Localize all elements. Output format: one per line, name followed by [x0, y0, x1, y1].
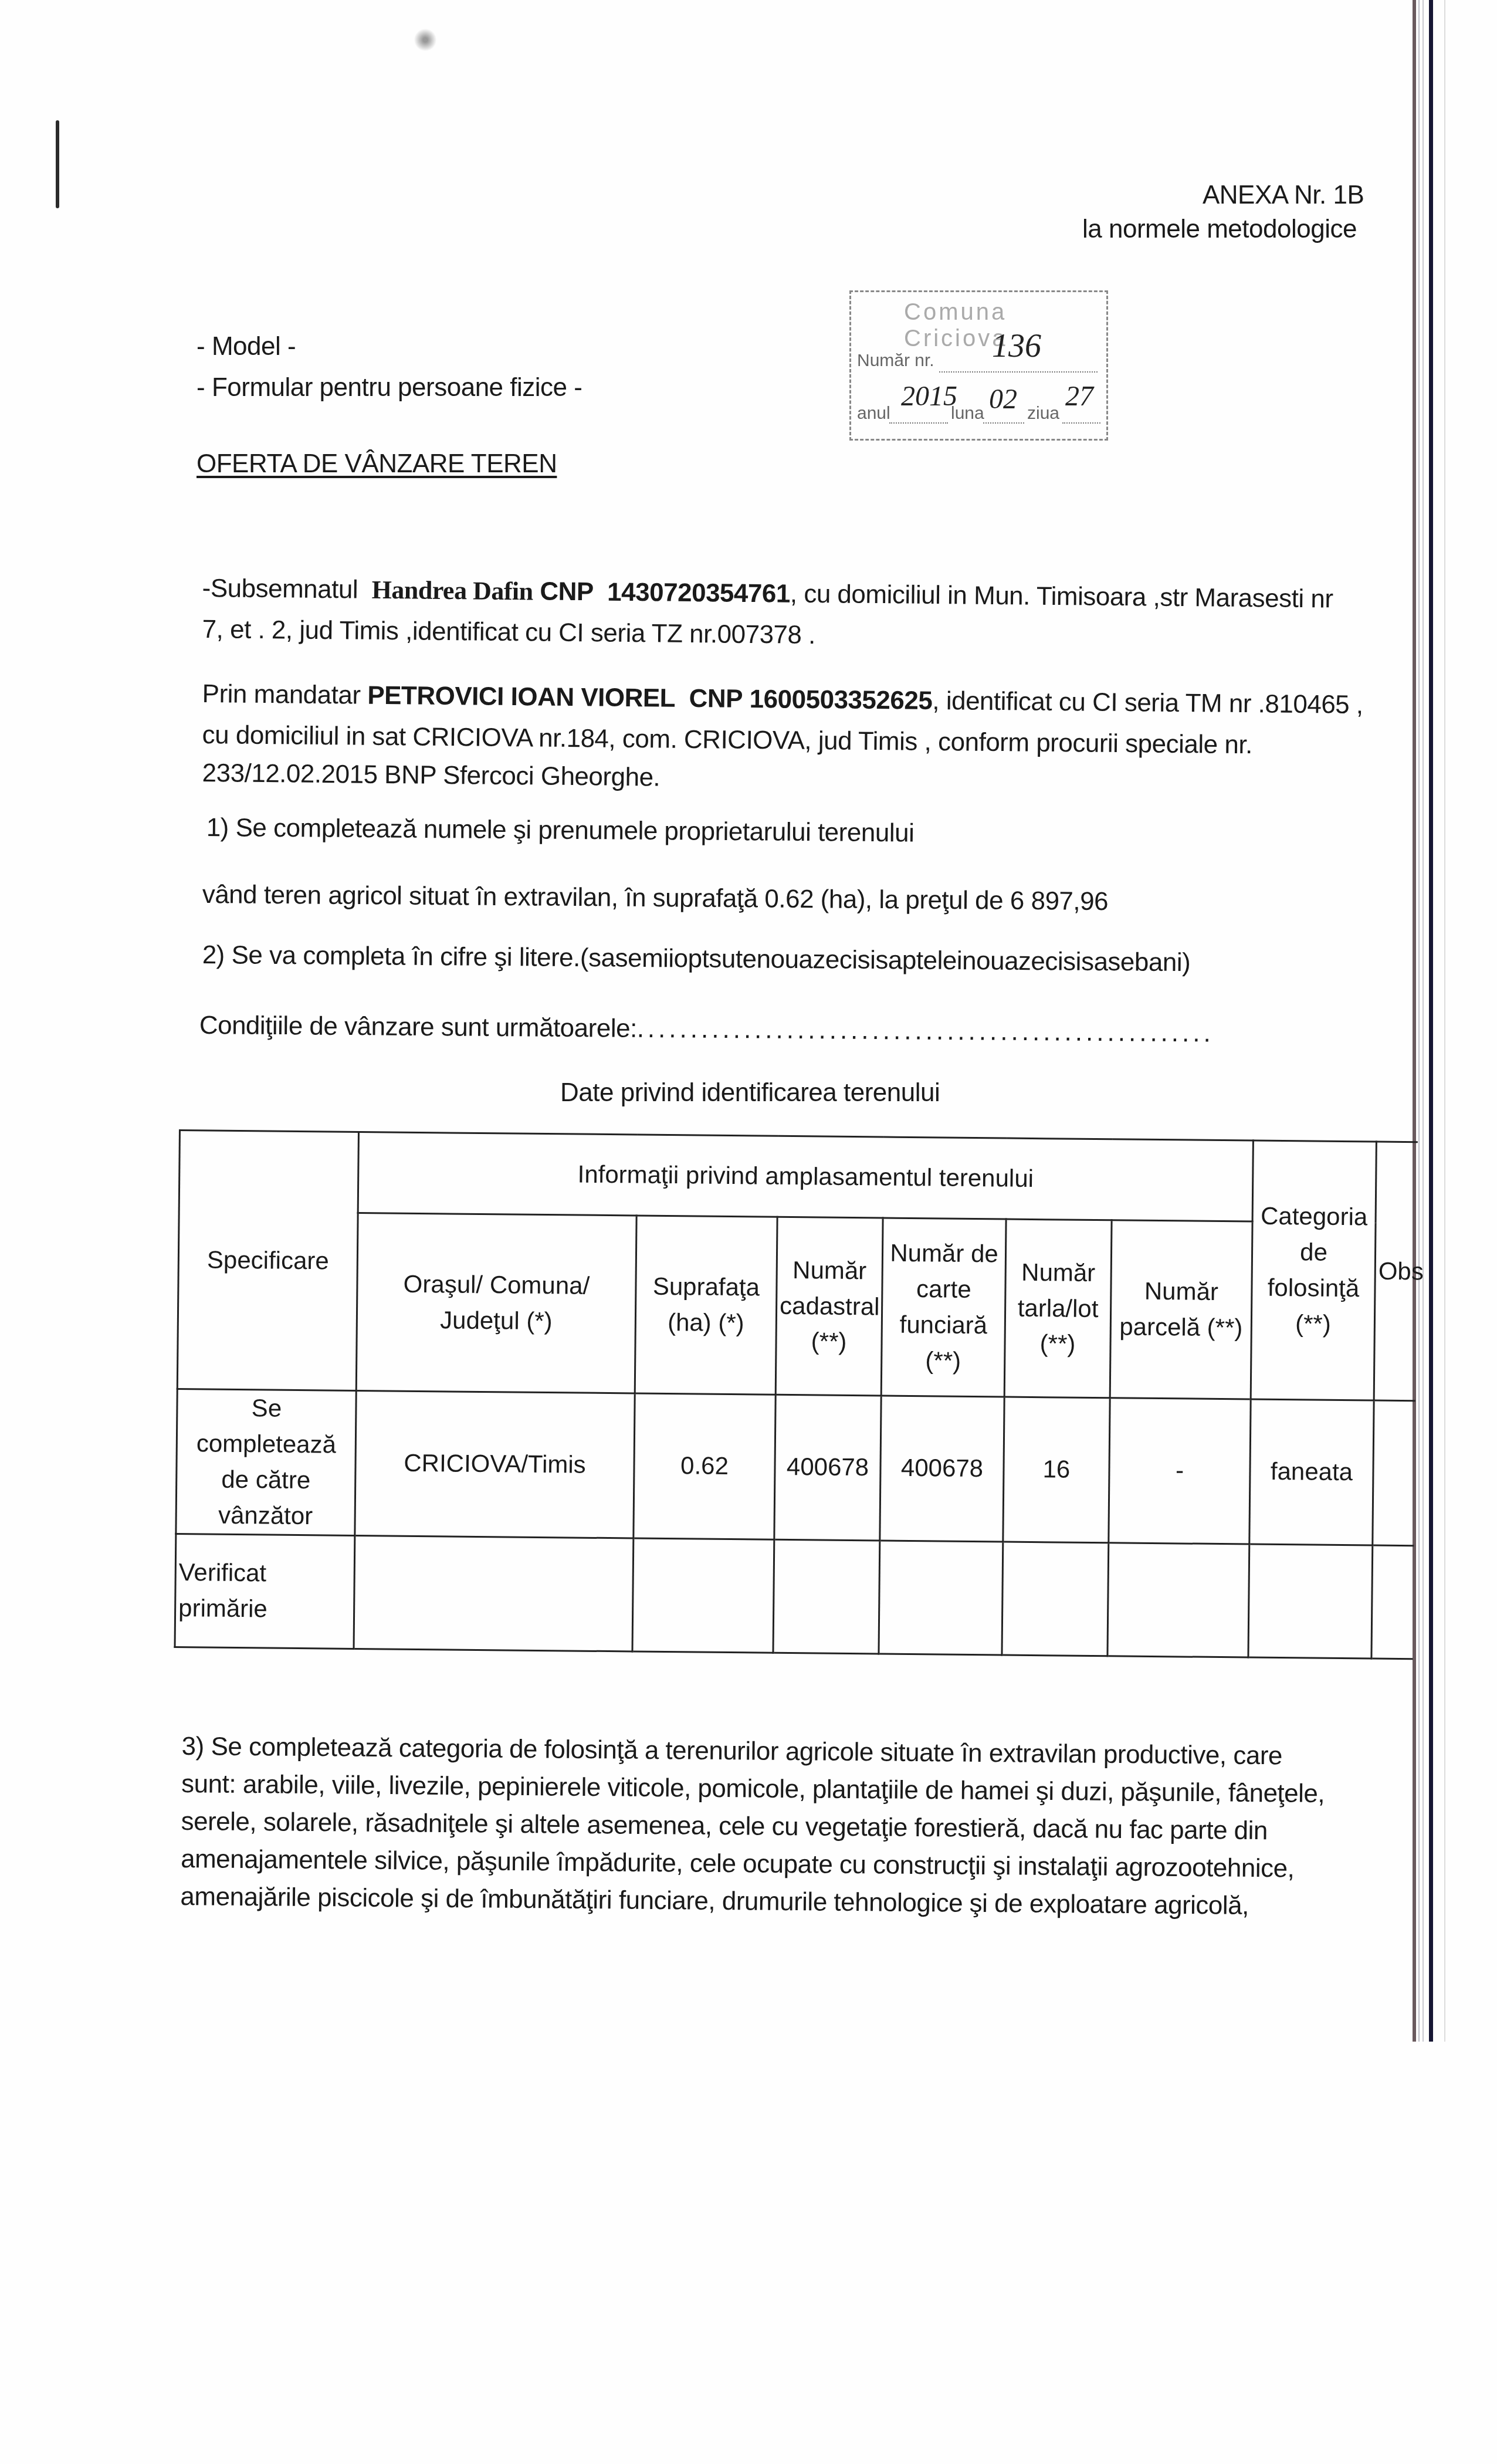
binder-punch-mark [56, 120, 59, 208]
cell-land-book: 400678 [880, 1396, 1004, 1542]
stamp-reg-line [939, 371, 1098, 373]
stamp-reg-number: 136 [992, 327, 1041, 365]
cell-plot [1002, 1542, 1109, 1656]
cell-area: 0.62 [634, 1393, 775, 1539]
col-header-plot: Număr tarla/lot (**) [1004, 1219, 1112, 1398]
cell-category [1248, 1544, 1373, 1659]
stamp-day-value: 27 [1065, 380, 1093, 412]
col-header-parcel: Număr parcelă (**) [1110, 1220, 1252, 1399]
scan-edge-line [1429, 0, 1433, 2042]
scanned-page: ANEXA Nr. 1B la normele metodologice - M… [0, 0, 1497, 2464]
col-header-land-book: Număr de carte funciară (**) [881, 1218, 1006, 1397]
stamp-year-value: 2015 [901, 380, 957, 412]
cell-land-book [879, 1541, 1003, 1655]
scan-edge-line [1413, 0, 1416, 2042]
seller-line-2: 7, et . 2, jud Timis ,identificat cu CI … [202, 610, 815, 655]
mandatary-cnp: 1600503352625 [749, 685, 932, 715]
sale-conditions-label: Condiţiile de vânzare sunt următoarele: [199, 1011, 637, 1043]
cell-locality [354, 1535, 634, 1651]
scan-speck [411, 28, 440, 52]
scan-edge-line [1423, 0, 1424, 2042]
mandatary-cnp-label: CNP [689, 684, 743, 713]
footnote-3: 3) Se completează categoria de folosinţă… [180, 1728, 1325, 1925]
stamp-year-label: anul [857, 404, 890, 424]
mandatary-prefix: Prin mandatar [202, 679, 360, 710]
col-header-cadastral: Număr cadastral (**) [775, 1217, 883, 1396]
seller-cnp-label: CNP [540, 577, 594, 607]
col-header-area: Suprafaţa (ha) (*) [635, 1216, 777, 1395]
cell-locality: CRICIOVA/Timis [355, 1390, 635, 1538]
table-row-seller: Se completează de către vânzător CRICIOV… [176, 1389, 1415, 1545]
col-header-locality: Oraşul/ Comuna/ Judeţul (*) [356, 1213, 636, 1393]
model-label: - Model - [197, 327, 296, 366]
seller-address: , cu domiciliul in Mun. Timisoara ,str M… [790, 580, 1333, 614]
cell-obs [1373, 1400, 1415, 1545]
col-header-category: Categoria de folosinţă (**) [1251, 1140, 1376, 1400]
stamp-day-line [1062, 422, 1100, 424]
mandatary-line-3: 233/12.02.2015 BNP Sfercoci Gheorghe. [202, 754, 660, 797]
cell-cadastral [773, 1539, 880, 1654]
cell-category: faneata [1249, 1399, 1374, 1545]
stamp-reg-label: Număr nr. [857, 351, 934, 371]
land-identification-table: Specificare Informaţii privind amplasame… [174, 1129, 1417, 1660]
mandatary-name: PETROVICI IOAN VIOREL [367, 681, 675, 713]
stamp-month-value: 02 [989, 383, 1017, 415]
annex-subtitle: la normele metodologice [1082, 210, 1357, 249]
seller-cnp: 1430720354761 [607, 578, 790, 608]
table-title: Date privind identificarea terenului [560, 1074, 940, 1112]
note-1: 1) Se completează numele şi prenumele pr… [206, 808, 914, 852]
sale-statement: vând teren agricol situat în extravilan,… [202, 875, 1108, 921]
mandatary-id: , identificat cu CI seria TM nr .810465 … [932, 686, 1363, 719]
sale-conditions-blank: ........................................… [637, 1014, 1214, 1048]
scan-edge-line [1418, 0, 1420, 2042]
cell-area [632, 1538, 774, 1653]
cell-cadastral: 400678 [774, 1395, 881, 1540]
col-header-obs: Obs [1374, 1142, 1417, 1401]
stamp-day-label: ziua [1027, 404, 1059, 424]
cell-plot: 16 [1003, 1397, 1110, 1542]
scan-edge-line [1444, 0, 1445, 2042]
row-label: Se completează de către vânzător [176, 1389, 356, 1535]
cell-parcel [1107, 1542, 1249, 1657]
annex-number: ANEXA Nr. 1B [1203, 176, 1364, 215]
sale-conditions: Condiţiile de vânzare sunt următoarele:.… [199, 1006, 1214, 1053]
registration-stamp: Comuna Criciova Număr nr. 136 anul 2015 … [849, 290, 1108, 441]
seller-prefix: -Subsemnatul [202, 574, 358, 604]
form-type-label: - Formular pentru persoane fizice - [197, 368, 582, 407]
row-label: Verificat primărie [175, 1534, 355, 1649]
cell-parcel: - [1109, 1398, 1251, 1544]
col-header-specificare: Specificare [177, 1131, 358, 1391]
stamp-month-line [983, 422, 1024, 424]
document-title: OFERTA DE VÂNZARE TEREN [197, 445, 557, 483]
stamp-month-label: luna [951, 404, 984, 424]
stamp-year-line [889, 422, 948, 424]
note-2: 2) Se va completa în cifre şi litere.(sa… [202, 936, 1190, 982]
cell-obs [1371, 1545, 1414, 1659]
table-row-town-hall: Verificat primărie [175, 1534, 1414, 1659]
seller-name: Handrea Dafin [371, 576, 533, 606]
group-header-location: Informaţii privind amplasamentul terenul… [358, 1132, 1253, 1221]
